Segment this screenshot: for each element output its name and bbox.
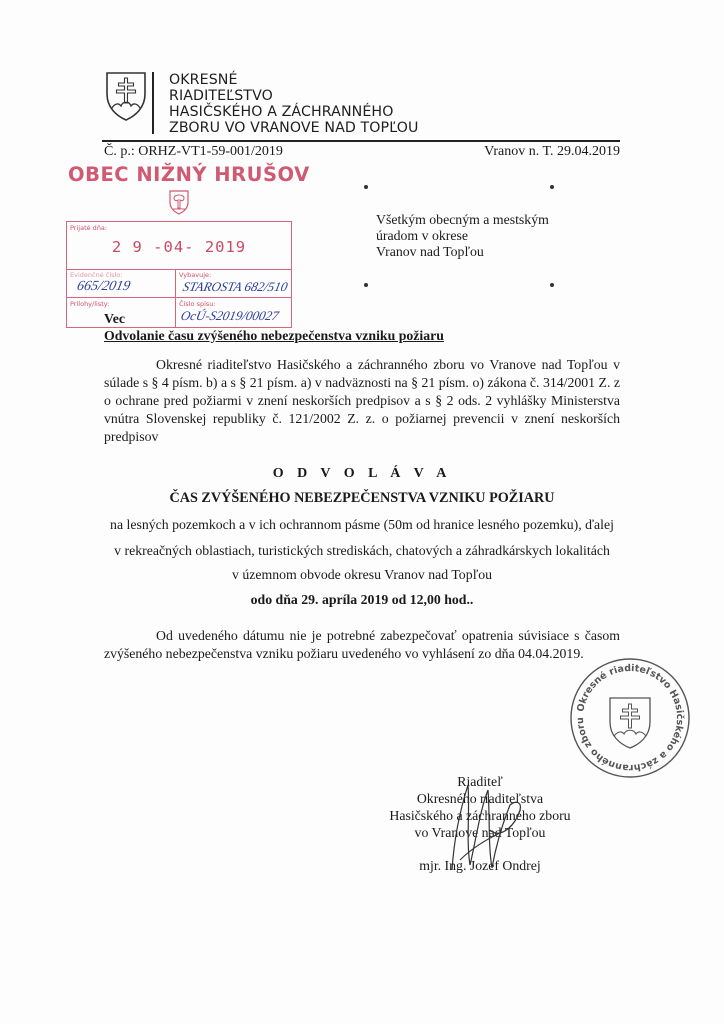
intro-paragraph: Okresné riaditeľstvo Hasičského a záchra… — [104, 356, 620, 446]
org-line: RIADITEĽSTVO — [169, 88, 418, 104]
handled-by-value: STAROSTA 682/510 — [181, 279, 289, 295]
received-date: 2 9 -04- 2019 — [67, 238, 291, 256]
registry-row: Evidenčné číslo: Vybavuje: 665/2019 STAR… — [67, 270, 291, 298]
reference-number: Č. p.: ORHZ-VT1-59-001/2019 — [104, 144, 283, 160]
decision-heading: O D V O L Á V A — [104, 466, 620, 482]
place-date: Vranov n. T. 29.04.2019 — [484, 144, 620, 160]
effective-date: odo dňa 29. apríla 2019 od 12,00 hod.. — [104, 592, 620, 608]
org-line: HASIČSKÉHO A ZÁCHRANNÉHO — [169, 104, 418, 120]
file-number-value: OcÚ-S2019/00027 — [179, 308, 280, 324]
address-corner-dot — [364, 185, 368, 189]
subject-text: Odvolanie času zvýšeného nebezpečenstva … — [104, 328, 444, 344]
svg-text:Okresné riaditeľstvo Hasičskéh: Okresné riaditeľstvo Hasičského a záchra… — [568, 656, 685, 773]
closing-paragraph: Od uvedeného dátumu nie je potrebné zabe… — [104, 627, 620, 663]
registry-number-label: Evidenčné číslo: — [70, 271, 123, 279]
registry-number-value: 665/2019 — [75, 279, 131, 295]
handled-by-label: Vybavuje: — [179, 271, 211, 279]
recipient-line: Všetkým obecným a mestským — [376, 212, 549, 228]
scope-line: v rekreačných oblastiach, turistických s… — [104, 543, 620, 559]
address-corner-dot — [550, 283, 554, 287]
scope-line: na lesných pozemkoch a v ich ochrannom p… — [104, 517, 620, 533]
recipient-line: Vranov nad Topľou — [376, 244, 549, 260]
intro-text: Okresné riaditeľstvo Hasičského a záchra… — [104, 356, 620, 446]
org-line: OKRESNÉ — [169, 72, 418, 88]
municipality-stamp-title: OBEC NIŽNÝ HRUŠOV — [68, 163, 310, 186]
handwritten-signature-icon — [430, 770, 540, 880]
closing-text: Od uvedeného dátumu nie je potrebné zabe… — [104, 627, 620, 663]
recipient-address: Všetkým obecným a mestským úradom v okre… — [376, 212, 549, 260]
registry-stamp-box: Prijaté dňa: 2 9 -04- 2019 Evidenčné čís… — [66, 221, 292, 328]
stamp-divider — [175, 270, 176, 328]
organization-name: OKRESNÉ RIADITEĽSTVO HASIČSKÉHO A ZÁCHRA… — [169, 72, 418, 136]
recipient-line: úradom v okrese — [376, 228, 549, 244]
received-label: Prijaté dňa: — [70, 224, 107, 232]
round-official-stamp-icon: Okresné riaditeľstvo Hasičského a záchra… — [568, 656, 692, 780]
slovak-coat-of-arms-icon — [104, 70, 148, 122]
org-line: ZBORU VO VRANOVE NAD TOPĽOU — [169, 120, 418, 136]
received-row: Prijaté dňa: 2 9 -04- 2019 — [67, 222, 291, 270]
file-number-label: Číslo spisu: — [179, 300, 216, 308]
subject-label: Vec — [104, 311, 125, 327]
municipal-crest-icon — [168, 189, 190, 215]
header-rule — [102, 140, 620, 142]
address-corner-dot — [550, 185, 554, 189]
header-divider — [152, 72, 154, 134]
scope-line: v územnom obvode okresu Vranov nad Topľo… — [104, 567, 620, 583]
decision-title: ČAS ZVÝŠENÉHO NEBEZPEČENSTVA VZNIKU POŽI… — [104, 490, 620, 507]
attachments-label: Prílohy/listy: — [70, 300, 109, 308]
address-corner-dot — [364, 283, 368, 287]
